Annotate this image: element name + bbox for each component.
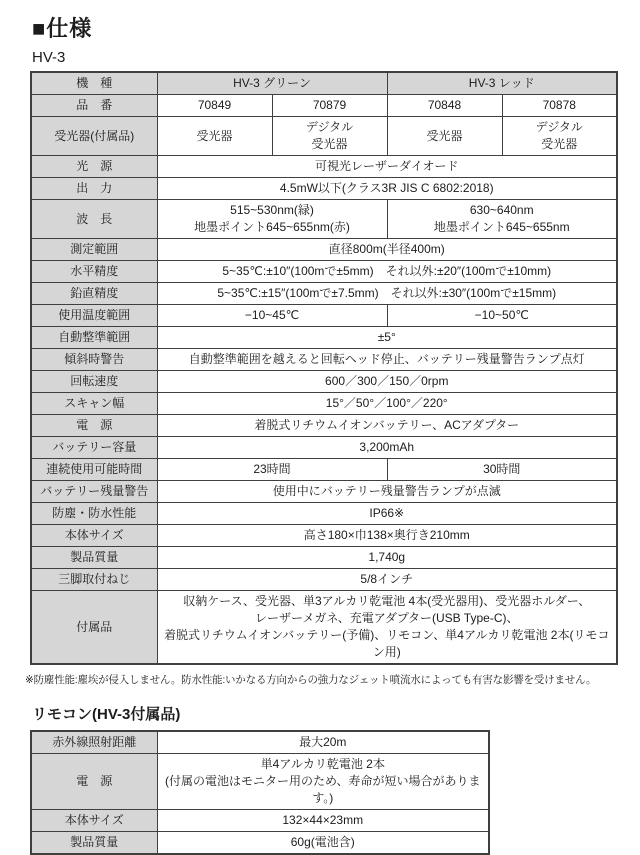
spec-row-scan-width: スキャン幅 15°／50°／100°／220° <box>31 393 617 415</box>
spec-row-tilt-warning: 傾斜時警告 自動整準範囲を越えると回転ヘッド停止、バッテリー残量警告ランプ点灯 <box>31 349 617 371</box>
spec-value-light-source: 可視光レーザーダイオード <box>157 156 617 178</box>
spec-label-power: 電 源 <box>31 415 157 437</box>
spec-value-battery-warning: 使用中にバッテリー残量警告ランプが点滅 <box>157 481 617 503</box>
spec-value-tripod-screw: 5/8インチ <box>157 569 617 591</box>
spec-value-range: 直径800m(半径400m) <box>157 239 617 261</box>
spec-value-dust-water-resistance: IP66※ <box>157 503 617 525</box>
remote-row-power: 電 源 単4アルカリ乾電池 2本 (付属の電池はモニター用のため、寿命が短い場合… <box>31 754 489 810</box>
spec-value-power: 着脱式リチウムイオンバッテリー、ACアダプター <box>157 415 617 437</box>
spec-value-battery-life-green: 23時間 <box>157 459 387 481</box>
spec-label-light-source: 光 源 <box>31 156 157 178</box>
spec-label-tilt-warning: 傾斜時警告 <box>31 349 157 371</box>
spec-label-rotation-speed: 回転速度 <box>31 371 157 393</box>
remote-value-product-weight: 60g(電池含) <box>157 832 489 855</box>
spec-value-wavelength-red: 630~640nm 地墨ポイント645~655nm <box>387 200 617 239</box>
spec-value-output: 4.5mW以下(クラス3R JIS C 6802:2018) <box>157 178 617 200</box>
spec-label-model: 機 種 <box>31 72 157 95</box>
spec-row-body-size: 本体サイズ 高さ180×巾138×奥行き210mm <box>31 525 617 547</box>
spec-label-battery-life: 連続使用可能時間 <box>31 459 157 481</box>
remote-value-body-size: 132×44×23mm <box>157 810 489 832</box>
spec-value-receiver-3: 受光器 <box>387 117 502 156</box>
spec-row-horizontal-accuracy: 水平精度 5~35℃:±10″(100mで±5mm) それ以外:±20″(100… <box>31 261 617 283</box>
spec-row-receiver: 受光器(付属品) 受光器 デジタル 受光器 受光器 デジタル 受光器 <box>31 117 617 156</box>
spec-label-scan-width: スキャン幅 <box>31 393 157 415</box>
spec-label-receiver: 受光器(付属品) <box>31 117 157 156</box>
remote-row-body-size: 本体サイズ 132×44×23mm <box>31 810 489 832</box>
spec-value-accessories: 収納ケース、受光器、単3アルカリ乾電池 4本(受光器用)、受光器ホルダー、 レー… <box>157 591 617 665</box>
spec-label-part-number: 品 番 <box>31 95 157 117</box>
spec-row-operating-temperature: 使用温度範囲 −10~45℃ −10~50℃ <box>31 305 617 327</box>
spec-value-model-green: HV-3 グリーン <box>157 72 387 95</box>
remote-row-product-weight: 製品質量 60g(電池含) <box>31 832 489 855</box>
spec-row-battery-life: 連続使用可能時間 23時間 30時間 <box>31 459 617 481</box>
spec-value-scan-width: 15°／50°／100°／220° <box>157 393 617 415</box>
spec-value-self-leveling-range: ±5° <box>157 327 617 349</box>
spec-row-vertical-accuracy: 鉛直精度 5~35℃:±15″(100mで±7.5mm) それ以外:±30″(1… <box>31 283 617 305</box>
remote-value-power: 単4アルカリ乾電池 2本 (付属の電池はモニター用のため、寿命が短い場合がありま… <box>157 754 489 810</box>
spec-label-range: 測定範囲 <box>31 239 157 261</box>
spec-row-tripod-screw: 三脚取付ねじ 5/8インチ <box>31 569 617 591</box>
spec-value-part-number-4: 70878 <box>502 95 617 117</box>
spec-value-horizontal-accuracy: 5~35℃:±10″(100mで±5mm) それ以外:±20″(100mで±10… <box>157 261 617 283</box>
spec-value-rotation-speed: 600／300／150／0rpm <box>157 371 617 393</box>
spec-value-body-size: 高さ180×巾138×奥行き210mm <box>157 525 617 547</box>
spec-value-battery-capacity: 3,200mAh <box>157 437 617 459</box>
spec-row-power: 電 源 着脱式リチウムイオンバッテリー、ACアダプター <box>31 415 617 437</box>
spec-value-receiver-2: デジタル 受光器 <box>272 117 387 156</box>
spec-label-dust-water-resistance: 防塵・防水性能 <box>31 503 157 525</box>
spec-value-model-red: HV-3 レッド <box>387 72 617 95</box>
spec-label-tripod-screw: 三脚取付ねじ <box>31 569 157 591</box>
spec-value-operating-temperature-green: −10~45℃ <box>157 305 387 327</box>
spec-label-vertical-accuracy: 鉛直精度 <box>31 283 157 305</box>
spec-label-battery-warning: バッテリー残量警告 <box>31 481 157 503</box>
spec-value-vertical-accuracy: 5~35℃:±15″(100mで±7.5mm) それ以外:±30″(100mで±… <box>157 283 617 305</box>
spec-label-product-weight: 製品質量 <box>31 547 157 569</box>
spec-row-model: 機 種 HV-3 グリーン HV-3 レッド <box>31 72 617 95</box>
spec-row-wavelength: 波 長 515~530nm(緑) 地墨ポイント645~655nm(赤) 630~… <box>31 200 617 239</box>
spec-value-battery-life-red: 30時間 <box>387 459 617 481</box>
spec-row-part-number: 品 番 70849 70879 70848 70878 <box>31 95 617 117</box>
spec-row-product-weight: 製品質量 1,740g <box>31 547 617 569</box>
page-title: ■仕様 <box>32 12 640 43</box>
spec-value-receiver-4: デジタル 受光器 <box>502 117 617 156</box>
spec-row-accessories: 付属品 収納ケース、受光器、単3アルカリ乾電池 4本(受光器用)、受光器ホルダー… <box>31 591 617 665</box>
remote-row-ir-range: 赤外線照射距離 最大20m <box>31 731 489 754</box>
spec-value-receiver-1: 受光器 <box>157 117 272 156</box>
spec-value-operating-temperature-red: −10~50℃ <box>387 305 617 327</box>
remote-section-title: リモコン(HV-3付属品) <box>32 703 640 724</box>
spec-row-rotation-speed: 回転速度 600／300／150／0rpm <box>31 371 617 393</box>
spec-label-self-leveling-range: 自動整準範囲 <box>31 327 157 349</box>
spec-value-part-number-2: 70879 <box>272 95 387 117</box>
spec-table: 機 種 HV-3 グリーン HV-3 レッド 品 番 70849 70879 7… <box>30 71 618 665</box>
remote-label-power: 電 源 <box>31 754 157 810</box>
spec-label-operating-temperature: 使用温度範囲 <box>31 305 157 327</box>
spec-label-horizontal-accuracy: 水平精度 <box>31 261 157 283</box>
spec-value-part-number-3: 70848 <box>387 95 502 117</box>
spec-value-tilt-warning: 自動整準範囲を越えると回転ヘッド停止、バッテリー残量警告ランプ点灯 <box>157 349 617 371</box>
spec-row-battery-capacity: バッテリー容量 3,200mAh <box>31 437 617 459</box>
model-title: HV-3 <box>32 49 640 66</box>
footnote: ※防塵性能:塵埃が侵入しません。防水性能:いかなる方向からの強力なジェット噴流水… <box>25 672 640 687</box>
spec-value-product-weight: 1,740g <box>157 547 617 569</box>
spec-row-self-leveling-range: 自動整準範囲 ±5° <box>31 327 617 349</box>
remote-value-ir-range: 最大20m <box>157 731 489 754</box>
remote-label-product-weight: 製品質量 <box>31 832 157 855</box>
spec-label-wavelength: 波 長 <box>31 200 157 239</box>
spec-row-light-source: 光 源 可視光レーザーダイオード <box>31 156 617 178</box>
spec-row-output: 出 力 4.5mW以下(クラス3R JIS C 6802:2018) <box>31 178 617 200</box>
page: ■仕様 HV-3 機 種 HV-3 グリーン HV-3 レッド 品 番 7084… <box>0 0 640 855</box>
remote-label-ir-range: 赤外線照射距離 <box>31 731 157 754</box>
spec-label-battery-capacity: バッテリー容量 <box>31 437 157 459</box>
spec-row-battery-warning: バッテリー残量警告 使用中にバッテリー残量警告ランプが点滅 <box>31 481 617 503</box>
spec-label-accessories: 付属品 <box>31 591 157 665</box>
remote-label-body-size: 本体サイズ <box>31 810 157 832</box>
remote-table: 赤外線照射距離 最大20m 電 源 単4アルカリ乾電池 2本 (付属の電池はモニ… <box>30 730 490 855</box>
spec-row-range: 測定範囲 直径800m(半径400m) <box>31 239 617 261</box>
spec-label-body-size: 本体サイズ <box>31 525 157 547</box>
spec-value-part-number-1: 70849 <box>157 95 272 117</box>
spec-value-wavelength-green: 515~530nm(緑) 地墨ポイント645~655nm(赤) <box>157 200 387 239</box>
spec-label-output: 出 力 <box>31 178 157 200</box>
spec-row-dust-water-resistance: 防塵・防水性能 IP66※ <box>31 503 617 525</box>
